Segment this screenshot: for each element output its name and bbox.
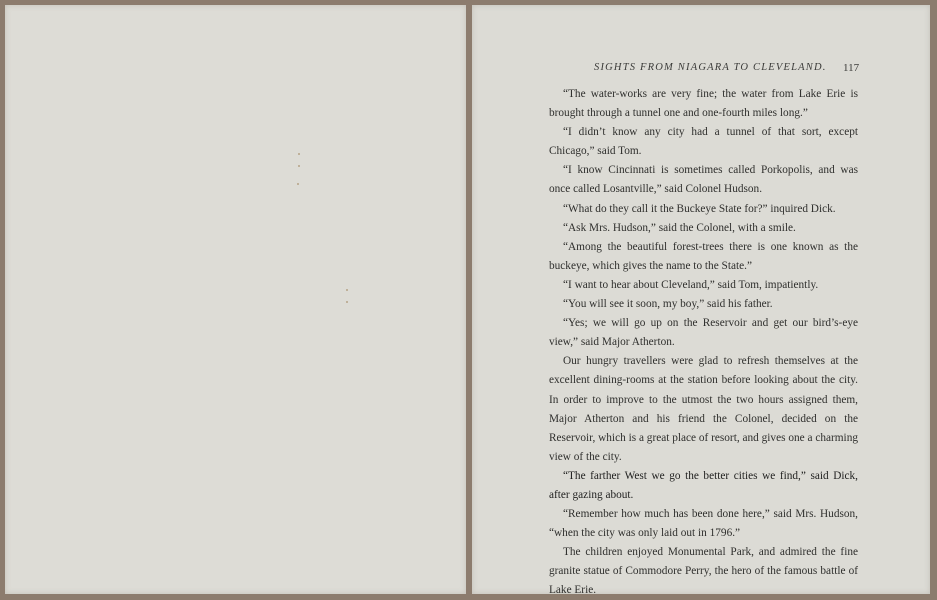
paragraph: “Ask Mrs. Hudson,” said the Colonel, wit…: [549, 219, 858, 238]
running-head: Sights from Niagara to Cleveland. 117: [472, 62, 930, 80]
paragraph: “I didn’t know any city had a tunnel of …: [549, 123, 858, 161]
right-page: Sights from Niagara to Cleveland. 117 “T…: [472, 5, 930, 594]
paragraph: “The farther West we go the better citie…: [549, 467, 858, 505]
paragraph: Our hungry travellers were glad to refre…: [549, 352, 858, 467]
paper-speck: [297, 183, 299, 185]
running-title: Sights from Niagara to Cleveland.: [594, 62, 827, 73]
paragraph: “Among the beautiful forest-trees there …: [549, 238, 858, 276]
body-text: “The water-works are very fine; the wate…: [549, 85, 858, 600]
left-page-blank: [5, 5, 466, 594]
paper-speck: [346, 301, 348, 303]
paper-speck: [346, 289, 348, 291]
paragraph: “The water-works are very fine; the wate…: [549, 85, 858, 123]
paragraph: “Yes; we will go up on the Reservoir and…: [549, 314, 858, 352]
paragraph: “What do they call it the Buckeye State …: [549, 200, 858, 219]
page-number: 117: [843, 62, 859, 74]
paper-speck: [298, 165, 300, 167]
paragraph: The children enjoyed Monumental Park, an…: [549, 543, 858, 600]
paragraph: “You will see it soon, my boy,” said his…: [549, 295, 858, 314]
paper-speck: [298, 153, 300, 155]
paragraph: “I know Cincinnati is sometimes called P…: [549, 161, 858, 199]
paragraph: “Remember how much has been done here,” …: [549, 505, 858, 543]
paragraph: “I want to hear about Cleveland,” said T…: [549, 276, 858, 295]
